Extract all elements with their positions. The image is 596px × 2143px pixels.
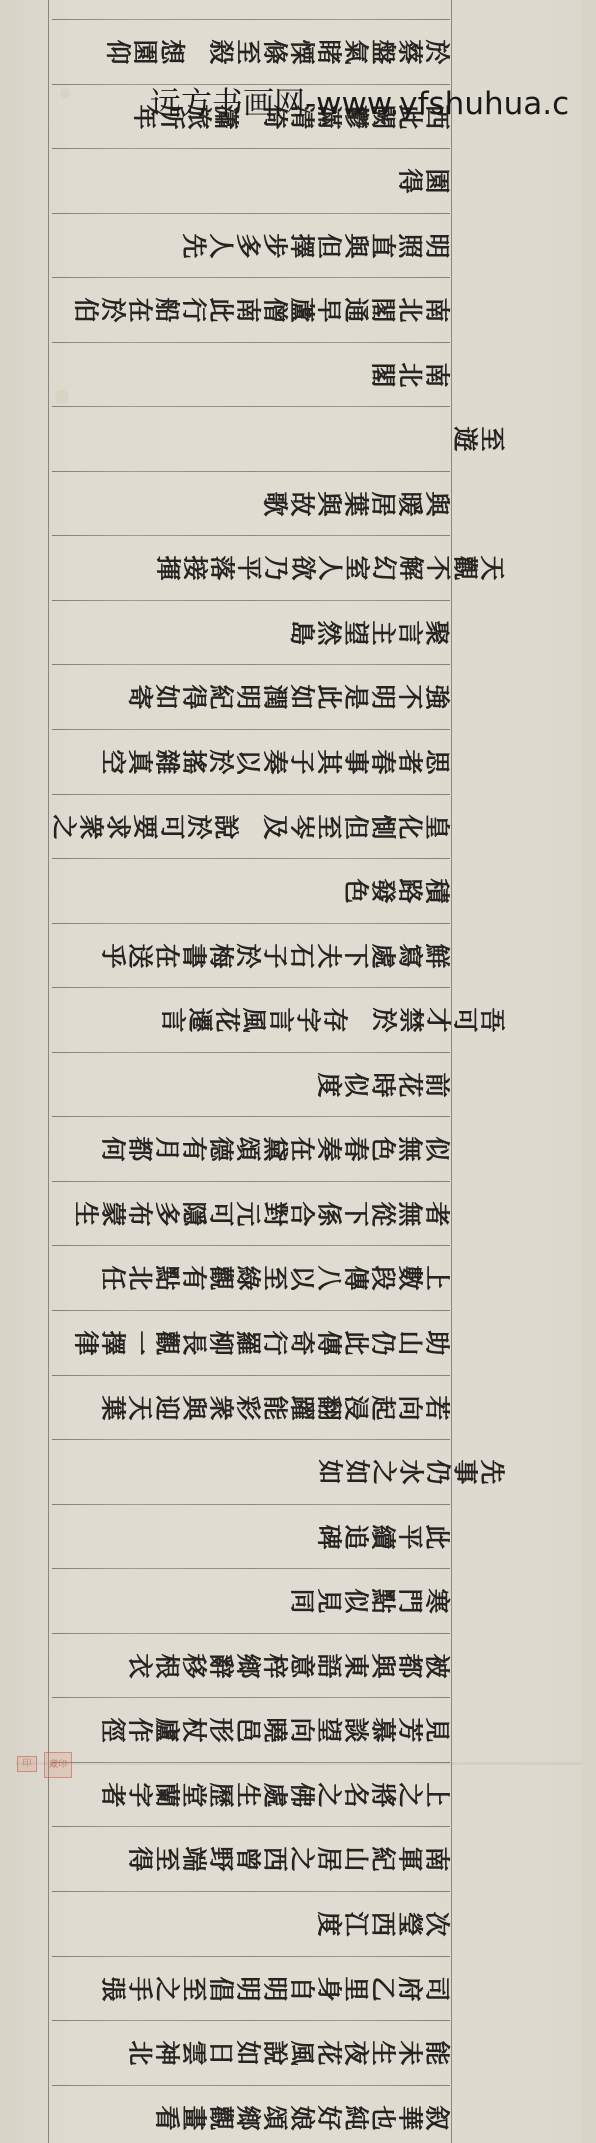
calligraphy-character: 廬 [152, 1717, 182, 1744]
rule-line [52, 600, 450, 601]
calligraphy-character: 也 [368, 2105, 398, 2132]
calligraphy-character: 慄 [287, 39, 317, 66]
calligraphy-character: 至 [179, 1976, 209, 2003]
rule-line [52, 1052, 450, 1053]
calligraphy-character: 東 [341, 1653, 371, 1680]
calligraphy-character: 至 [233, 39, 263, 66]
calligraphy-character: 紀 [206, 684, 236, 711]
calligraphy-character: 觀 [152, 1330, 182, 1357]
calligraphy-character: 神 [152, 2040, 182, 2067]
calligraphy-character: 明 [422, 233, 452, 260]
calligraphy-character: 無 [395, 1136, 425, 1163]
calligraphy-character: 上 [422, 1782, 452, 1809]
rule-line [52, 1633, 450, 1634]
calligraphy-character: 八 [314, 1265, 344, 1292]
calligraphy-character: 追 [341, 1524, 371, 1551]
calligraphy-column: 者無從下係合對元可隱多布蒙生 [72, 1194, 450, 1234]
calligraphy-column: 積路發色 [342, 871, 450, 911]
calligraphy-character: 對 [260, 1201, 290, 1228]
calligraphy-character: 曾 [233, 1846, 263, 1873]
calligraphy-character: 門 [395, 1588, 425, 1615]
calligraphy-character: 綠 [233, 1265, 263, 1292]
calligraphy-character: 寄 [125, 684, 155, 711]
calligraphy-character: 語 [314, 1653, 344, 1680]
calligraphy-character: 手 [125, 1976, 155, 2003]
calligraphy-character: 平 [234, 555, 264, 582]
calligraphy-column: 吾可才禁於存字言風花遷言 [159, 1000, 505, 1040]
calligraphy-character: 北 [395, 362, 425, 389]
rule-line [52, 1956, 450, 1957]
rule-line [52, 19, 450, 20]
calligraphy-character: 其 [314, 749, 344, 776]
calligraphy-character: 說 [211, 814, 241, 841]
calligraphy-character: 任 [98, 1265, 128, 1292]
calligraphy-character: 彩 [233, 1395, 263, 1422]
calligraphy-character: 鄉 [233, 1653, 263, 1680]
calligraphy-character: 夫 [314, 943, 344, 970]
rule-line [52, 1375, 450, 1376]
calligraphy-character: 多 [152, 1201, 182, 1228]
calligraphy-character: 存 [320, 1007, 350, 1034]
calligraphy-character: 至 [152, 1846, 182, 1873]
calligraphy-character: 春 [341, 1136, 371, 1163]
rule-line [52, 1762, 450, 1763]
calligraphy-character: 天 [477, 555, 507, 582]
calligraphy-character: 乎 [98, 943, 128, 970]
calligraphy-character: 葉 [341, 491, 371, 518]
calligraphy-character: 翻 [314, 1395, 344, 1422]
calligraphy-character: 夜 [341, 2040, 371, 2067]
calligraphy-character: 度 [314, 1072, 344, 1099]
calligraphy-character: 形 [206, 1717, 236, 1744]
calligraphy-character: 接 [180, 555, 210, 582]
calligraphy-character: 歷 [206, 1782, 236, 1809]
calligraphy-character: 看 [152, 2105, 182, 2132]
calligraphy-character: 瑩 [395, 1911, 425, 1938]
calligraphy-character: 月 [152, 1136, 182, 1163]
calligraphy-character: 早 [314, 297, 344, 324]
calligraphy-character: 曉 [260, 1717, 290, 1744]
calligraphy-character: 數 [395, 1265, 425, 1292]
calligraphy-character: 意 [287, 1653, 317, 1680]
calligraphy-character: 是 [341, 684, 371, 711]
calligraphy-character: 如 [152, 684, 182, 711]
calligraphy-character: 辭 [206, 1653, 236, 1680]
calligraphy-character: 者 [422, 1201, 452, 1228]
calligraphy-character: 合 [287, 1201, 317, 1228]
calligraphy-column: 似無色春奏在黛頌德有月都何 [99, 1129, 450, 1169]
calligraphy-character: 遷 [185, 1007, 215, 1034]
calligraphy-character: 仍 [368, 1330, 398, 1357]
calligraphy-character: 仍 [423, 1459, 453, 1486]
calligraphy-character: 倡 [206, 1976, 236, 2003]
calligraphy-character: 條 [260, 39, 290, 66]
calligraphy-character: 空 [98, 749, 128, 776]
calligraphy-character: 作 [125, 1717, 155, 1744]
calligraphy-character: 色 [341, 878, 371, 905]
calligraphy-character: 純 [341, 2105, 371, 2132]
calligraphy-character: 以 [233, 749, 263, 776]
calligraphy-character: 如 [233, 2040, 263, 2067]
calligraphy-character: 至 [477, 426, 507, 453]
calligraphy-character: 梅 [206, 943, 236, 970]
rule-line [52, 1310, 450, 1311]
watermark-text: 远方书画网-www.yfshuhua.c [150, 86, 569, 122]
calligraphy-character: 於 [422, 39, 452, 66]
calligraphy-character: 之 [395, 1782, 425, 1809]
calligraphy-column: 園得 [396, 161, 450, 201]
rule-line [52, 1116, 450, 1117]
calligraphy-character: 鄉 [233, 2105, 263, 2132]
calligraphy-character: 仰 [103, 39, 133, 66]
calligraphy-character: 西 [260, 1846, 290, 1873]
calligraphy-column: 叙華也純好娘頌鄉觀畫看 [153, 2098, 450, 2138]
calligraphy-character: 書 [179, 943, 209, 970]
calligraphy-character: 照 [395, 233, 425, 260]
rule-line [52, 1245, 450, 1246]
calligraphy-character: 頌 [260, 2105, 290, 2132]
calligraphy-character: 向 [287, 1717, 317, 1744]
calligraphy-character: 頌 [233, 1136, 263, 1163]
calligraphy-column: 皇化惻但至岑及說於可要求衆之 [50, 807, 450, 847]
calligraphy-character: 軍 [395, 1846, 425, 1873]
calligraphy-character: 從 [368, 1201, 398, 1228]
calligraphy-character: 積 [422, 878, 452, 905]
calligraphy-column: 見芳慕談望向曉邑形杖廬作徑 [99, 1710, 450, 1750]
calligraphy-character: 見 [314, 1588, 344, 1615]
calligraphy-character: 與 [368, 1653, 398, 1680]
calligraphy-character: 畫 [179, 2105, 209, 2132]
calligraphy-character: 衣 [125, 1653, 155, 1680]
calligraphy-character: 如 [342, 1459, 372, 1486]
rule-line [52, 923, 450, 924]
calligraphy-character: 根 [152, 1653, 182, 1680]
calligraphy-character: 子 [260, 943, 290, 970]
calligraphy-character: 堂 [179, 1782, 209, 1809]
calligraphy-column: 南軍紀山居之西曾野端至得 [126, 1839, 450, 1879]
calligraphy-character: 氣 [341, 39, 371, 66]
calligraphy-character: 山 [395, 1330, 425, 1357]
calligraphy-character: 同 [287, 1588, 317, 1615]
calligraphy-character: 此 [341, 1330, 371, 1357]
calligraphy-column: 明照直與但擇步多人先 [180, 226, 450, 266]
calligraphy-character: 花 [212, 1007, 242, 1034]
calligraphy-character: 想 [157, 39, 187, 66]
calligraphy-character: 至 [260, 1265, 290, 1292]
calligraphy-character: 似 [341, 1072, 371, 1099]
calligraphy-character: 花 [314, 2040, 344, 2067]
calligraphy-character: 思 [422, 749, 452, 776]
rule-line [52, 406, 450, 407]
calligraphy-character: 佛 [287, 1782, 317, 1809]
rule-line [52, 1891, 450, 1892]
rule-line [52, 2085, 450, 2086]
calligraphy-column: 思者春事其子奏以於搖雜真空 [99, 742, 450, 782]
calligraphy-character: 天 [125, 1395, 155, 1422]
calligraphy-column: 上之將名之佛處生歷堂蘭字者 [99, 1775, 450, 1815]
calligraphy-character: 日 [206, 2040, 236, 2067]
calligraphy-character: 娘 [287, 2105, 317, 2132]
calligraphy-column: 次瑩西江度 [315, 1904, 450, 1944]
calligraphy-character: 色 [368, 1136, 398, 1163]
calligraphy-character: 子 [287, 749, 317, 776]
calligraphy-character: 室 [342, 555, 372, 582]
calligraphy-character: 遊 [450, 426, 480, 453]
calligraphy-character: 求 [103, 814, 133, 841]
calligraphy-character: 奏 [260, 749, 290, 776]
calligraphy-character: 好 [314, 2105, 344, 2132]
calligraphy-character: 望 [314, 1717, 344, 1744]
calligraphy-character: 西 [368, 1911, 398, 1938]
calligraphy-character: 上 [422, 1265, 452, 1292]
calligraphy-character: 字 [125, 1782, 155, 1809]
calligraphy-column: 鮮寫處下夫石子於梅書在送乎 [99, 936, 450, 976]
calligraphy-column: 前花時似度 [315, 1065, 450, 1105]
calligraphy-column: 此平續追碑 [315, 1517, 450, 1557]
calligraphy-character: 長 [179, 1330, 209, 1357]
calligraphy-character: 人 [315, 555, 345, 582]
calligraphy-column: 助山仍此傳奇行羅柳長觀一擇律 [72, 1323, 450, 1363]
calligraphy-character: 雜 [152, 749, 182, 776]
calligraphy-character: 風 [287, 2040, 317, 2067]
calligraphy-character: 歌 [260, 491, 290, 518]
calligraphy-character: 野 [206, 1846, 236, 1873]
calligraphy-character: 點 [152, 1265, 182, 1292]
calligraphy-character: 有 [179, 1265, 209, 1292]
calligraphy-character: 要 [130, 814, 160, 841]
calligraphy-character: 寫 [395, 943, 425, 970]
calligraphy-character: 起 [368, 1395, 398, 1422]
calligraphy-character: 聚 [422, 620, 452, 647]
calligraphy-character: 送 [125, 943, 155, 970]
calligraphy-character: 居 [368, 491, 398, 518]
calligraphy-character: 強 [422, 684, 452, 711]
calligraphy-column: 南北閣通早蘆僧南此行船在於伯 [72, 290, 450, 330]
calligraphy-character: 段 [368, 1265, 398, 1292]
calligraphy-character: 碑 [314, 1524, 344, 1551]
calligraphy-column: 司府乙里身自明明倡至之手張 [99, 1969, 450, 2009]
calligraphy-character: 南 [233, 297, 263, 324]
calligraphy-character: 未 [395, 2040, 425, 2067]
calligraphy-character: 閣 [368, 362, 398, 389]
calligraphy-character: 時 [368, 1072, 398, 1099]
calligraphy-character: 行 [260, 1330, 290, 1357]
calligraphy-character: 擇 [98, 1330, 128, 1357]
rule-line [52, 664, 450, 665]
calligraphy-character: 處 [368, 943, 398, 970]
calligraphy-character: 事 [450, 1459, 480, 1486]
calligraphy-character: 園 [130, 39, 160, 66]
calligraphy-character: 將 [368, 1782, 398, 1809]
calligraphy-character: 生 [233, 1782, 263, 1809]
calligraphy-character: 春 [368, 749, 398, 776]
rule-line [52, 342, 450, 343]
calligraphy-character: 與 [341, 233, 371, 260]
calligraphy-character: 南 [422, 297, 452, 324]
rule-line [52, 277, 450, 278]
calligraphy-character: 寒 [422, 1588, 452, 1615]
calligraphy-character: 邑 [233, 1717, 263, 1744]
calligraphy-character: 平 [395, 1524, 425, 1551]
calligraphy-character: 得 [125, 1846, 155, 1873]
calligraphy-character: 真 [125, 749, 155, 776]
calligraphy-column: 至遊 [451, 419, 505, 459]
calligraphy-column: 與暖居葉與故歌 [261, 484, 450, 524]
calligraphy-character: 得 [395, 168, 425, 195]
calligraphy-character: 者 [98, 1782, 128, 1809]
calligraphy-character: 通 [341, 297, 371, 324]
calligraphy-character: 船 [152, 297, 182, 324]
rule-line [52, 1568, 450, 1569]
calligraphy-character: 都 [125, 1136, 155, 1163]
calligraphy-character: 於 [184, 814, 214, 841]
calligraphy-character: 睹 [314, 39, 344, 66]
calligraphy-character: 但 [341, 814, 371, 841]
calligraphy-character: 與 [179, 1395, 209, 1422]
calligraphy-character: 園 [422, 168, 452, 195]
calligraphy-column: 先事仍水之如如 [316, 1452, 505, 1492]
calligraphy-character: 慕 [368, 1717, 398, 1744]
calligraphy-character: 明 [233, 1976, 263, 2003]
calligraphy-character: 度 [314, 1911, 344, 1938]
calligraphy-character: 石 [287, 943, 317, 970]
calligraphy-character: 觀 [206, 2105, 236, 2132]
calligraphy-character: 都 [395, 1653, 425, 1680]
calligraphy-character: 律 [71, 1330, 101, 1357]
calligraphy-character: 處 [260, 1782, 290, 1809]
calligraphy-character: 布 [125, 1201, 155, 1228]
calligraphy-character: 華 [395, 2105, 425, 2132]
calligraphy-character: 才 [423, 1007, 453, 1034]
calligraphy-character: 幻 [369, 555, 399, 582]
calligraphy-character: 故 [287, 491, 317, 518]
calligraphy-character: 觀 [450, 555, 480, 582]
calligraphy-character: 路 [395, 878, 425, 905]
calligraphy-character: 似 [341, 1588, 371, 1615]
calligraphy-character: 南 [422, 362, 452, 389]
calligraphy-character: 搖 [179, 749, 209, 776]
calligraphy-character: 此 [314, 684, 344, 711]
calligraphy-character: 北 [125, 2040, 155, 2067]
rule-line [52, 987, 450, 988]
calligraphy-character: 自 [287, 1976, 317, 2003]
calligraphy-character: 梓 [260, 1653, 290, 1680]
calligraphy-character: 杖 [179, 1717, 209, 1744]
calligraphy-character: 然 [314, 620, 344, 647]
calligraphy-character: 點 [368, 1588, 398, 1615]
calligraphy-character: 盤 [368, 39, 398, 66]
calligraphy-column: 聚言主望然島 [288, 613, 450, 653]
calligraphy-character: 如 [287, 684, 317, 711]
calligraphy-character: 惻 [368, 814, 398, 841]
calligraphy-character: 有 [179, 1136, 209, 1163]
calligraphy-character: 鮮 [422, 943, 452, 970]
calligraphy-character: 何 [98, 1136, 128, 1163]
calligraphy-column: 上數段傳八以至綠觀有點北任 [99, 1258, 450, 1298]
left-border-line [48, 0, 49, 2143]
rule-line [52, 1826, 450, 1827]
calligraphy-character: 於 [98, 297, 128, 324]
calligraphy-character: 多 [233, 233, 263, 260]
calligraphy-character: 在 [125, 297, 155, 324]
calligraphy-character: 主 [368, 620, 398, 647]
calligraphy-character: 發 [368, 878, 398, 905]
calligraphy-column: 若向起浸翻躍能彩衆與迎天葉 [99, 1388, 450, 1428]
calligraphy-character: 不 [395, 684, 425, 711]
paper-stain [60, 88, 70, 98]
calligraphy-character: 言 [158, 1007, 188, 1034]
rule-line [52, 729, 450, 730]
calligraphy-character: 可 [206, 1201, 236, 1228]
calligraphy-character: 下 [341, 943, 371, 970]
calligraphy-character: 觀 [206, 1265, 236, 1292]
calligraphy-character: 能 [422, 2040, 452, 2067]
calligraphy-character: 吾 [477, 1007, 507, 1034]
calligraphy-character: 禁 [396, 1007, 426, 1034]
calligraphy-character: 之 [49, 814, 79, 841]
calligraphy-character: 花 [395, 1072, 425, 1099]
calligraphy-character: 北 [125, 1265, 155, 1292]
calligraphy-character: 明 [368, 684, 398, 711]
calligraphy-character: 擇 [287, 233, 317, 260]
calligraphy-character: 向 [395, 1395, 425, 1422]
calligraphy-character: 芳 [395, 1717, 425, 1744]
calligraphy-character: 可 [157, 814, 187, 841]
rule-line [52, 471, 450, 472]
calligraphy-column: 於蔡盤氣睹慄條至殺想園仰 [104, 32, 450, 72]
calligraphy-column: 強不明是此如潤明紀得如寄 [126, 677, 450, 717]
calligraphy-character: 在 [287, 1136, 317, 1163]
calligraphy-character: 得 [179, 684, 209, 711]
calligraphy-character: 紀 [368, 1846, 398, 1873]
calligraphy-character: 言 [266, 1007, 296, 1034]
rule-line [52, 858, 450, 859]
calligraphy-character: 張 [98, 1976, 128, 2003]
calligraphy-column: 天觀不解幻室人欲乃平落接揮 [154, 548, 505, 588]
calligraphy-character: 次 [422, 1911, 452, 1938]
calligraphy-character: 先 [179, 233, 209, 260]
calligraphy-character: 傳 [341, 1265, 371, 1292]
calligraphy-character: 皇 [422, 814, 452, 841]
calligraphy-character: 望 [341, 620, 371, 647]
calligraphy-character: 迎 [152, 1395, 182, 1422]
calligraphy-character: 說 [260, 2040, 290, 2067]
calligraphy-character: 直 [368, 233, 398, 260]
calligraphy-character: 若 [422, 1395, 452, 1422]
calligraphy-column: 南北閣 [369, 355, 450, 395]
calligraphy-character: 衆 [76, 814, 106, 841]
calligraphy-character: 生 [71, 1201, 101, 1228]
calligraphy-character: 一 [125, 1330, 155, 1357]
calligraphy-character: 司 [422, 1976, 452, 2003]
paper-stain [55, 390, 69, 404]
calligraphy-character: 蘆 [287, 297, 317, 324]
calligraphy-character: 如 [315, 1459, 345, 1486]
calligraphy-character: 與 [314, 491, 344, 518]
calligraphy-character: 潤 [260, 684, 290, 711]
calligraphy-character: 事 [341, 749, 371, 776]
calligraphy-character: 雲 [179, 2040, 209, 2067]
calligraphy-character: 之 [369, 1459, 399, 1486]
calligraphy-character: 僧 [260, 297, 290, 324]
calligraphy-character: 乃 [261, 555, 291, 582]
calligraphy-character: 此 [422, 1524, 452, 1551]
calligraphy-character: 黛 [260, 1136, 290, 1163]
rule-line [52, 213, 450, 214]
calligraphy-character: 北 [395, 297, 425, 324]
calligraphy-character: 字 [293, 1007, 323, 1034]
calligraphy-character: 落 [207, 555, 237, 582]
